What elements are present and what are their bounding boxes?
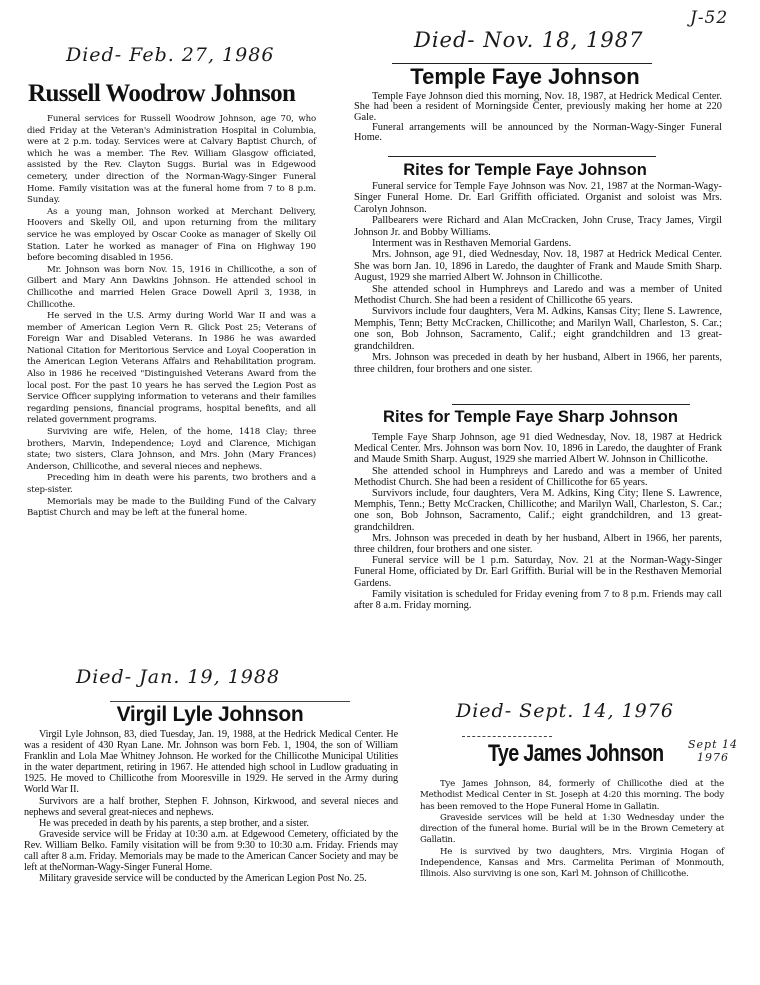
obituary-paragraph: As a young man, Johnson worked at Mercha… [27,207,316,265]
page-corner-label: J-52 [690,8,728,28]
divider [452,404,690,405]
obituary-paragraph: Surviving are wife, Helen, of the home, … [27,427,316,473]
obituary-title: Rites for Temple Faye Johnson [380,161,670,180]
obituary-body: Funeral service for Temple Faye Johnson … [354,181,722,375]
divider [110,701,350,702]
handwritten-death-date: Died- Sept. 14, 1976 [456,700,674,722]
margin-date-line: 1976 [688,751,738,764]
obituary-paragraph: Mrs. Johnson, age 91, died Wednesday, No… [354,249,722,283]
obituary-paragraph: Graveside services will be held at 1:30 … [420,813,724,847]
obituary-title: Rites for Temple Faye Sharp Johnson [378,408,683,427]
obituary-paragraph: He is survived by two daughters, Mrs. Vi… [420,847,724,881]
obituary-paragraph: Mrs. Johnson was preceded in death by he… [354,352,722,375]
obituary-paragraph: Survivors include four daughters, Vera M… [354,306,722,352]
obituary-title: Temple Faye Johnson [360,64,690,90]
obituary-body: Tye James Johnson, 84, formerly of Chill… [420,779,724,881]
obituary-paragraph: Temple Faye Sharp Johnson, age 91 died W… [354,432,722,466]
obituary-paragraph: Memorials may be made to the Building Fu… [27,497,316,520]
obituary-paragraph: Mrs. Johnson was preceded in death by he… [354,533,722,555]
divider [462,736,552,737]
obituary-paragraph: Temple Faye Johnson died this morning, N… [354,92,722,123]
obituary-paragraph: She attended school in Humphreys and Lar… [354,284,722,307]
obituary-paragraph: Survivors include, four daughters, Vera … [354,488,722,533]
obituary-paragraph: Mr. Johnson was born Nov. 15, 1916 in Ch… [27,265,316,311]
obituary-paragraph: Funeral services for Russell Woodrow Joh… [27,114,316,207]
obituary-title: Tye James Johnson [488,740,677,768]
obituary-paragraph: Virgil Lyle Johnson, 83, died Tuesday, J… [24,729,398,796]
obituary-title: Virgil Lyle Johnson [80,703,340,727]
obituary-paragraph: Pallbearers were Richard and Alan McCrac… [354,215,722,238]
handwritten-death-date: Died- Feb. 27, 1986 [66,44,274,66]
obituary-body: Virgil Lyle Johnson, 83, died Tuesday, J… [24,729,398,884]
obituary-paragraph: He served in the U.S. Army during World … [27,311,316,427]
handwritten-margin-date: Sept 14 1976 [688,738,738,764]
margin-date-line: Sept 14 [688,738,738,751]
obituary-paragraph: Family visitation is scheduled for Frida… [354,589,722,611]
obituary-paragraph: Interment was in Resthaven Memorial Gard… [354,238,722,249]
obituary-body: Temple Faye Johnson died this morning, N… [354,92,722,143]
obituary-paragraph: She attended school in Humphreys and Lar… [354,466,722,488]
obituary-paragraph: Military graveside service will be condu… [24,873,398,884]
obituary-paragraph: Tye James Johnson, 84, formerly of Chill… [420,779,724,813]
obituary-paragraph: Funeral arrangements will be announced b… [354,123,722,144]
obituary-body: Temple Faye Sharp Johnson, age 91 died W… [354,432,722,611]
handwritten-death-date: Died- Nov. 18, 1987 [414,28,643,52]
obituary-paragraph: He was preceded in death by his parents,… [24,818,398,829]
obituary-paragraph: Graveside service will be Friday at 10:3… [24,829,398,873]
divider [388,156,656,157]
obituary-title: Russell Woodrow Johnson [28,80,318,108]
handwritten-death-date: Died- Jan. 19, 1988 [76,666,280,688]
obituary-paragraph: Funeral service for Temple Faye Johnson … [354,181,722,215]
obituary-paragraph: Funeral service will be 1 p.m. Saturday,… [354,555,722,589]
obituary-body: Funeral services for Russell Woodrow Joh… [27,114,316,520]
obituary-paragraph: Preceding him in death were his parents,… [27,473,316,496]
obituary-paragraph: Survivors are a half brother, Stephen F.… [24,796,398,818]
